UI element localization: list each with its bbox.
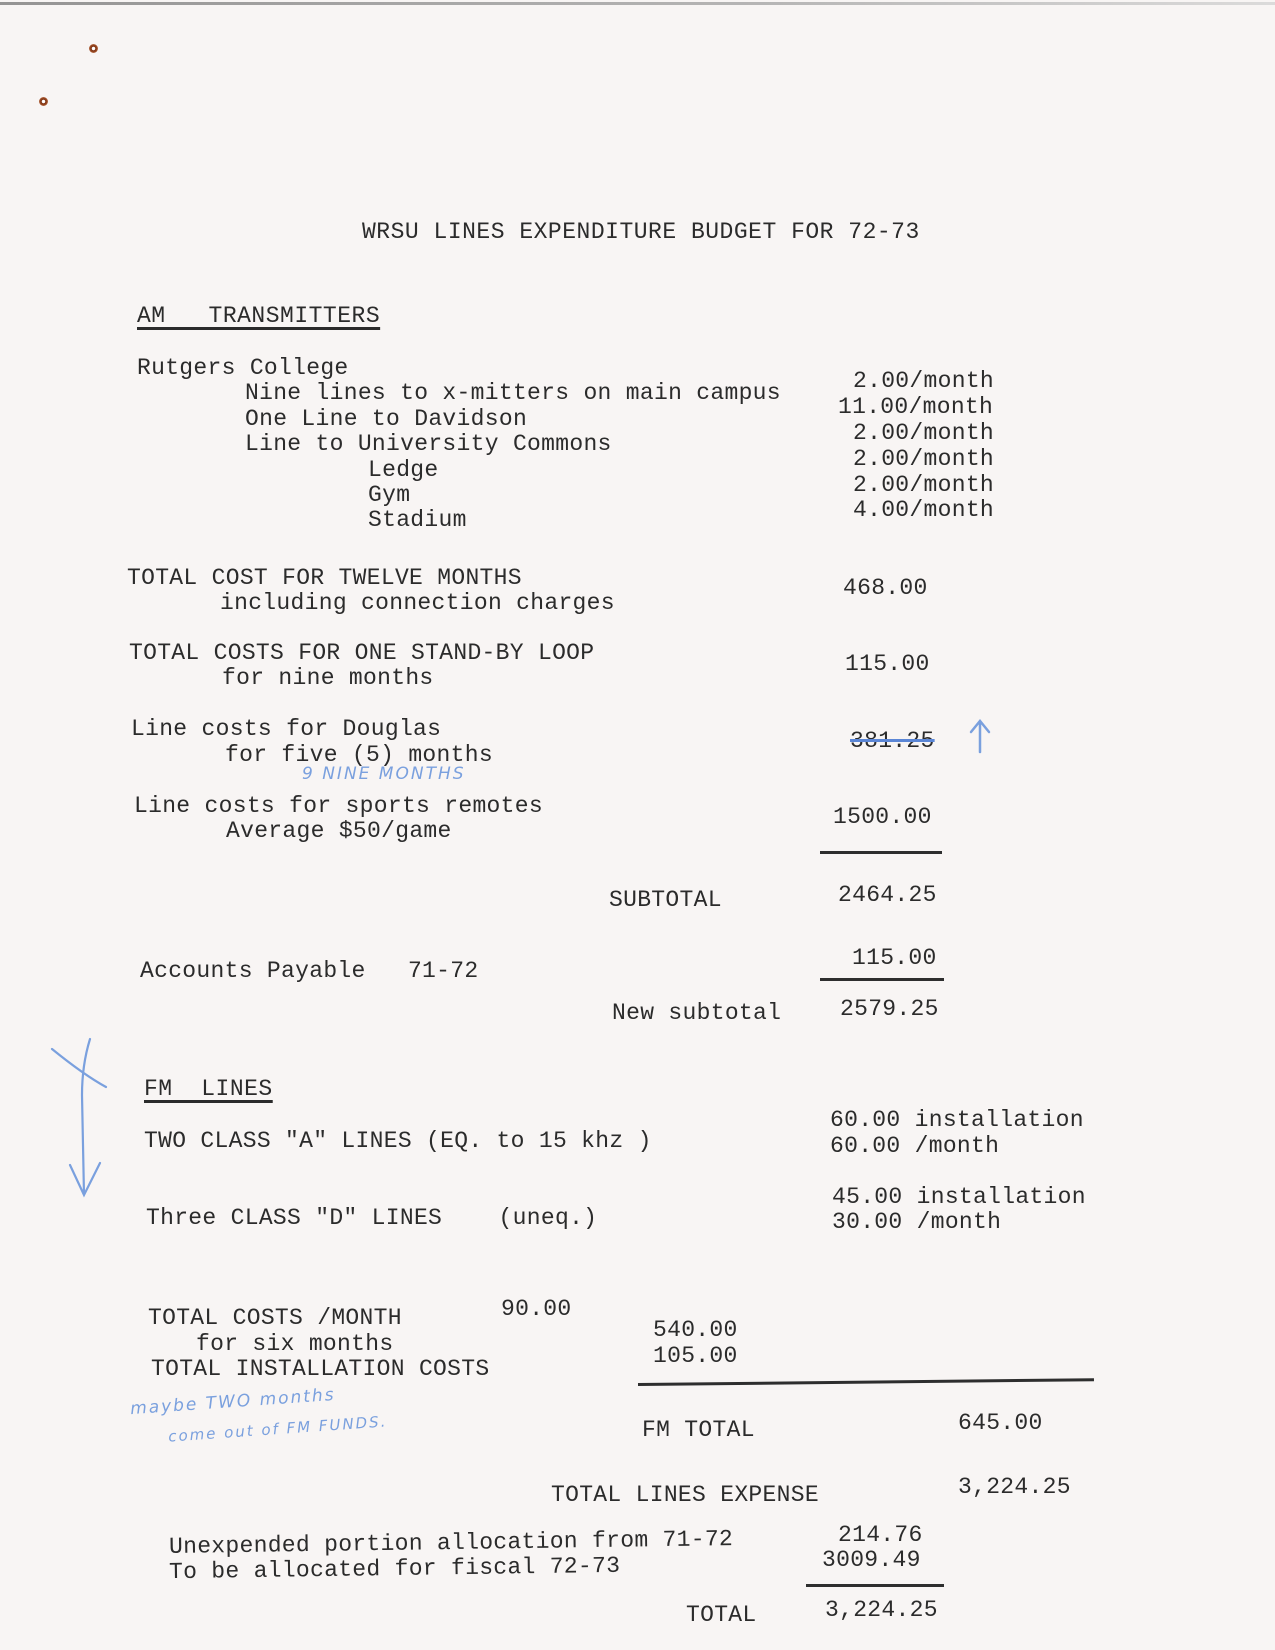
group-label: Rutgers College (137, 355, 349, 381)
fm-section-heading: FM LINES (144, 1076, 273, 1102)
unexpended-amount: 214.76 (838, 1522, 923, 1548)
up-arrow-icon (968, 718, 992, 754)
to-be-allocated-label: To be allocated for fiscal 72-73 (169, 1553, 621, 1585)
class-a-installation: 60.00 installation (830, 1107, 1084, 1133)
sports-amount: 1500.00 (833, 804, 932, 830)
line-item-amount: 4.00/month (853, 497, 994, 523)
subtotal-label: SUBTOTAL (609, 887, 722, 913)
sports-sublabel: Average $50/game (226, 818, 452, 844)
accounts-payable-amount: 115.00 (852, 945, 937, 971)
fm-total-label: FM TOTAL (642, 1417, 755, 1443)
page-top-edge (0, 2, 1275, 5)
sports-label: Line costs for sports remotes (134, 793, 543, 819)
line-item-amount: 11.00/month (838, 394, 993, 420)
fm-total-rule (638, 1378, 1094, 1386)
line-item-amount: 2.00/month (853, 472, 994, 498)
subtotal-rule (820, 851, 942, 854)
handwritten-note-line1: maybe TWO months (130, 1385, 337, 1419)
total-lines-expense-amount: 3,224.25 (958, 1474, 1071, 1500)
to-be-allocated-amount: 3009.49 (822, 1547, 921, 1573)
handwritten-down-arrow-icon (44, 1035, 114, 1205)
new-subtotal-rule (820, 978, 944, 981)
total-rule (806, 1584, 944, 1587)
line-item-amount: 2.00/month (853, 368, 994, 394)
staple-hole (39, 97, 48, 106)
new-subtotal-amount: 2579.25 (840, 996, 939, 1022)
line-item-label: Line to University Commons (245, 431, 612, 457)
line-item-amount: 2.00/month (853, 446, 994, 472)
installation-costs-label: TOTAL INSTALLATION COSTS (151, 1356, 489, 1382)
twelve-months-sublabel: including connection charges (220, 590, 615, 616)
total-label: TOTAL (686, 1602, 757, 1628)
line-item-label: One Line to Davidson (245, 406, 527, 432)
total-amount: 3,224.25 (825, 1597, 938, 1623)
six-months-amount: 540.00 (653, 1317, 738, 1343)
class-d-monthly: 30.00 /month (832, 1209, 1001, 1235)
douglas-label: Line costs for Douglas (131, 716, 441, 742)
page-title: WRSU LINES EXPENDITURE BUDGET FOR 72-73 (362, 219, 920, 245)
handwritten-note-line2: come out of FM FUNDS. (168, 1412, 388, 1445)
installation-costs-amount: 105.00 (653, 1343, 738, 1369)
total-costs-month-label: TOTAL COSTS /MONTH (148, 1305, 402, 1331)
total-lines-expense-label: TOTAL LINES EXPENSE (551, 1482, 819, 1508)
total-costs-month-amount: 90.00 (501, 1296, 572, 1322)
standby-loop-sublabel: for nine months (222, 665, 434, 691)
class-d-label: Three CLASS "D" LINES (uneq.) (146, 1205, 597, 1231)
douglas-amount-struck: 381.25 (850, 728, 935, 754)
fm-total-amount: 645.00 (958, 1410, 1043, 1436)
twelve-months-label: TOTAL COST FOR TWELVE MONTHS (127, 565, 522, 591)
line-item-label: Ledge (368, 457, 439, 483)
class-a-label: TWO CLASS "A" LINES (EQ. to 15 khz ) (144, 1128, 652, 1154)
twelve-months-amount: 468.00 (843, 575, 928, 601)
am-section-heading: AM TRANSMITTERS (137, 303, 380, 329)
line-item-label: Nine lines to x-mitters on main campus (245, 380, 781, 406)
line-item-label: Stadium (368, 507, 467, 533)
subtotal-amount: 2464.25 (838, 882, 937, 908)
line-item-label: Gym (368, 482, 410, 508)
class-a-monthly: 60.00 /month (830, 1133, 999, 1159)
accounts-payable-label: Accounts Payable 71-72 (140, 958, 478, 984)
new-subtotal-label: New subtotal (612, 1000, 781, 1026)
staple-hole (89, 44, 98, 53)
handwritten-note-nine-months: 9 NINE MONTHS (302, 764, 466, 784)
six-months-label: for six months (196, 1331, 393, 1357)
class-d-installation: 45.00 installation (832, 1184, 1086, 1210)
standby-loop-amount: 115.00 (845, 651, 930, 677)
standby-loop-label: TOTAL COSTS FOR ONE STAND-BY LOOP (129, 640, 594, 666)
line-item-amount: 2.00/month (853, 420, 994, 446)
